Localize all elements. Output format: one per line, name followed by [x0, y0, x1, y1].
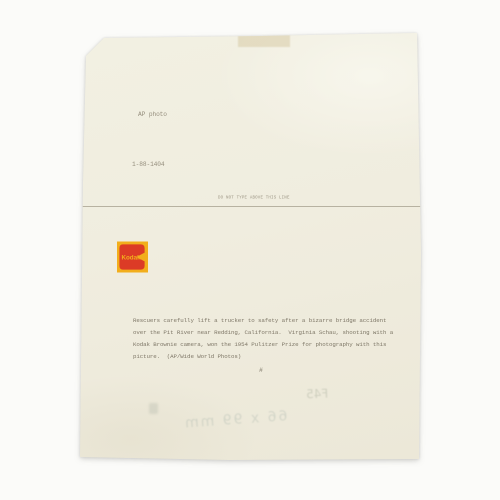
- bleed-through-code-mark: F45: [306, 388, 329, 401]
- reference-number: 1-88-1404: [132, 162, 165, 168]
- tape-mark: [238, 33, 290, 47]
- photo-background: AP photo 1-88-1404 DO NOT TYPE ABOVE THI…: [0, 0, 500, 500]
- bleed-through-smudge: [149, 403, 158, 414]
- end-mark: #: [259, 368, 263, 375]
- caption-line: Kodak Brownie camera, won the 1954 Pulit…: [133, 339, 393, 351]
- do-not-type-instruction: DO NOT TYPE ABOVE THIS LINE: [218, 196, 290, 200]
- caption-text: Rescuers carefully lift a trucker to saf…: [133, 315, 393, 363]
- caption-line: Rescuers carefully lift a trucker to saf…: [133, 315, 393, 327]
- divider-rule: [79, 206, 421, 207]
- kodak-logo-icon: Kodak: [117, 241, 148, 273]
- caption-sheet-paper: AP photo 1-88-1404 DO NOT TYPE ABOVE THI…: [79, 33, 421, 460]
- caption-line: picture. (AP/Wide World Photos): [133, 351, 393, 363]
- photo-credit: AP photo: [138, 112, 167, 118]
- bleed-through-dimensions-mark: 66 x 99 mm: [183, 409, 288, 430]
- caption-sheet-wrapper: AP photo 1-88-1404 DO NOT TYPE ABOVE THI…: [79, 33, 421, 460]
- kodak-wordmark: Kodak: [121, 254, 141, 261]
- caption-line: over the Pit River near Redding, Califor…: [133, 327, 393, 339]
